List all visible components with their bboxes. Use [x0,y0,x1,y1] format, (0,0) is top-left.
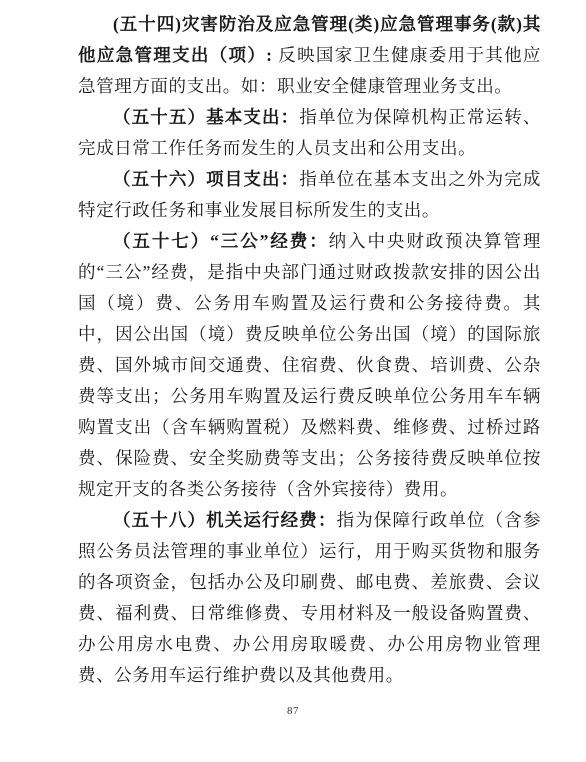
document-content: (五十四)灾害防治及应急管理(类)应急管理事务(款)其他应急管理支出（项）: 反… [78,9,541,691]
paragraph-55-heading: （五十五）基本支出： [113,107,299,127]
paragraph-57: （五十七）“三公”经费：纳入中央财政预决算管理的“三公”经费，是指中央部门通过财… [78,226,541,505]
page-number: 87 [0,704,586,718]
paragraph-56: （五十六）项目支出：指单位在基本支出之外为完成特定行政任务和事业发展目标所发生的… [78,164,541,226]
paragraph-54: (五十四)灾害防治及应急管理(类)应急管理事务(款)其他应急管理支出（项）: 反… [78,9,541,102]
paragraph-57-heading: （五十七）“三公”经费： [113,231,329,251]
paragraph-58-heading: （五十八）机关运行经费： [113,510,337,530]
paragraph-55: （五十五）基本支出：指单位为保障机构正常运转、完成日常工作任务而发生的人员支出和… [78,102,541,164]
document-page: (五十四)灾害防治及应急管理(类)应急管理事务(款)其他应急管理支出（项）: 反… [0,0,586,762]
paragraph-56-heading: （五十六）项目支出： [113,169,299,189]
paragraph-57-body: 纳入中央财政预决算管理的“三公”经费，是指中央部门通过财政拨款安排的因公出国（境… [78,231,541,499]
paragraph-58: （五十八）机关运行经费：指为保障行政单位（含参照公务员法管理的事业单位）运行，用… [78,505,541,691]
paragraph-58-body: 指为保障行政单位（含参照公务员法管理的事业单位）运行，用于购买货物和服务的各项资… [78,510,541,685]
